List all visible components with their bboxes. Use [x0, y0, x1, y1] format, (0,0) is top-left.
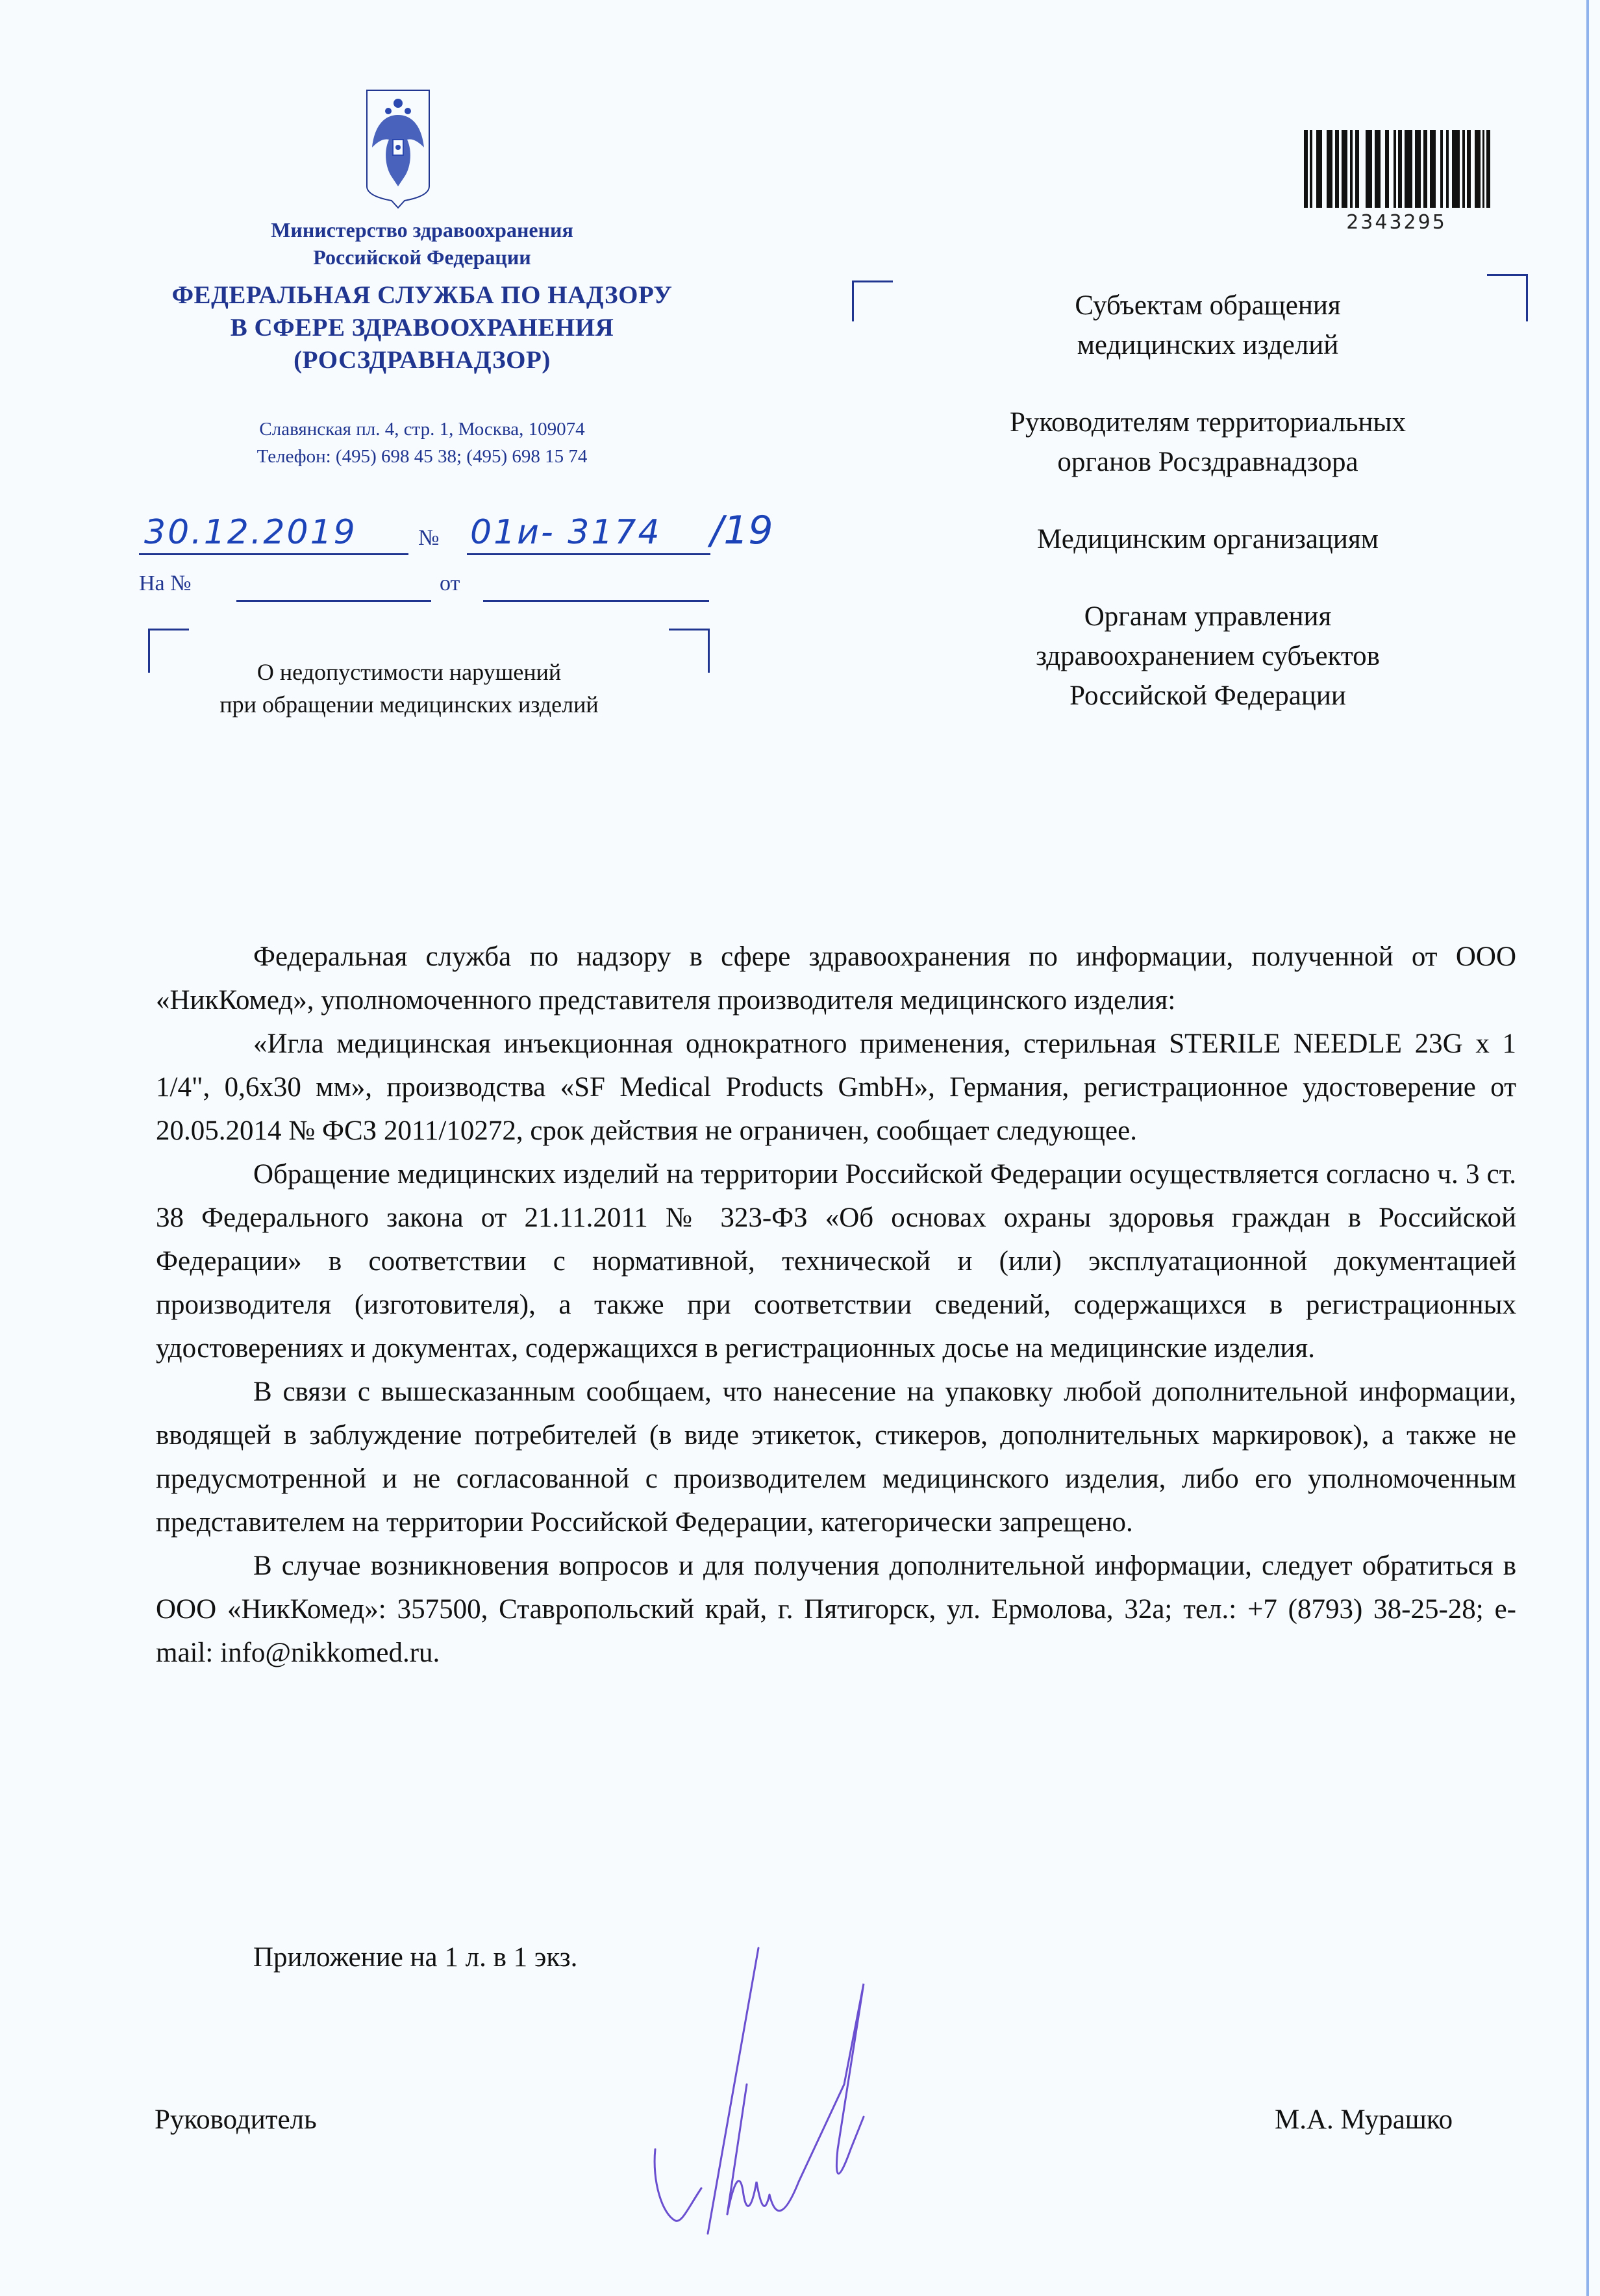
barcode-number: 2343295 — [1301, 211, 1492, 234]
ministry-line-2: Российской Федерации — [162, 243, 682, 271]
ministry-line-1: Министерство здравоохранения — [162, 216, 682, 243]
body-paragraph: Федеральная служба по надзору в сфере зд… — [156, 935, 1516, 1022]
agency-line-1: ФЕДЕРАЛЬНАЯ СЛУЖБА ПО НАДЗОРУ — [97, 279, 747, 312]
addressee-line: здравоохранением субъектов — [890, 636, 1526, 676]
scan-edge-line — [1586, 0, 1589, 2296]
registration-row: 30.12.2019 № 01и- 3174 /19 — [139, 513, 853, 558]
agency-address: Славянская пл. 4, стр. 1, Москва, 109074… — [162, 416, 682, 470]
registration-number: 01и- 3174 — [470, 513, 662, 552]
subject-line-1: О недопустимости нарушений — [162, 656, 656, 688]
address-line: Славянская пл. 4, стр. 1, Москва, 109074 — [162, 416, 682, 443]
reply-date-field — [483, 600, 709, 602]
reply-reference-row: На № от — [139, 571, 723, 610]
date-underline — [139, 553, 408, 555]
addressee-list: Субъектам обращения медицинских изделий … — [890, 286, 1526, 753]
body-paragraph: В связи с вышесказанным сообщаем, что на… — [156, 1370, 1516, 1544]
number-underline — [467, 553, 710, 555]
coat-of-arms-icon — [366, 89, 431, 209]
barcode-icon — [1301, 129, 1492, 208]
body-paragraph: «Игла медицинская инъекционная однократн… — [156, 1022, 1516, 1153]
addressee-line: органов Росздравнадзора — [890, 442, 1526, 482]
addressee-line: Органам управления — [890, 597, 1526, 636]
ministry-name: Министерство здравоохранения Российской … — [162, 216, 682, 271]
addressee-line: Российской Федерации — [890, 676, 1526, 716]
phone-line: Телефон: (495) 698 45 38; (495) 698 15 7… — [162, 443, 682, 470]
reply-number-label: На № — [139, 571, 192, 596]
addressee-item: Руководителям территориальных органов Ро… — [890, 403, 1526, 482]
addressee-item: Субъектам обращения медицинских изделий — [890, 286, 1526, 365]
signer-title: Руководитель — [155, 2104, 317, 2136]
body-paragraph: Обращение медицинских изделий на террито… — [156, 1153, 1516, 1370]
letter-body: Федеральная служба по надзору в сфере зд… — [156, 935, 1516, 1675]
addressee-item: Органам управления здравоохранением субъ… — [890, 597, 1526, 716]
registration-date: 30.12.2019 — [144, 513, 357, 552]
addressee-line: Медицинским организациям — [890, 519, 1526, 559]
body-paragraph: В случае возникновения вопросов и для по… — [156, 1544, 1516, 1675]
addressee-line: Субъектам обращения — [890, 286, 1526, 325]
number-sign: № — [418, 526, 439, 551]
agency-name: ФЕДЕРАЛЬНАЯ СЛУЖБА ПО НАДЗОРУ В СФЕРЕ ЗД… — [97, 279, 747, 377]
agency-line-3: (РОСЗДРАВНАДЗОР) — [97, 344, 747, 377]
reply-number-field — [236, 600, 431, 602]
attachment-note: Приложение на 1 л. в 1 экз. — [253, 1941, 577, 1973]
handwritten-signature-icon — [643, 1935, 903, 2240]
reply-from-label: от — [440, 571, 460, 596]
addressee-line: медицинских изделий — [890, 325, 1526, 365]
letter-subject: О недопустимости нарушений при обращении… — [162, 656, 656, 721]
subject-bracket-right — [669, 629, 710, 673]
registration-number-suffix: /19 — [710, 508, 773, 553]
agency-line-2: В СФЕРЕ ЗДРАВООХРАНЕНИЯ — [97, 312, 747, 344]
subject-line-2: при обращении медицинских изделий — [162, 688, 656, 721]
addressee-line: Руководителям территориальных — [890, 403, 1526, 442]
addressee-item: Медицинским организациям — [890, 519, 1526, 559]
addressee-bracket-left — [852, 281, 893, 321]
signer-name: М.А. Мурашко — [1275, 2104, 1453, 2136]
